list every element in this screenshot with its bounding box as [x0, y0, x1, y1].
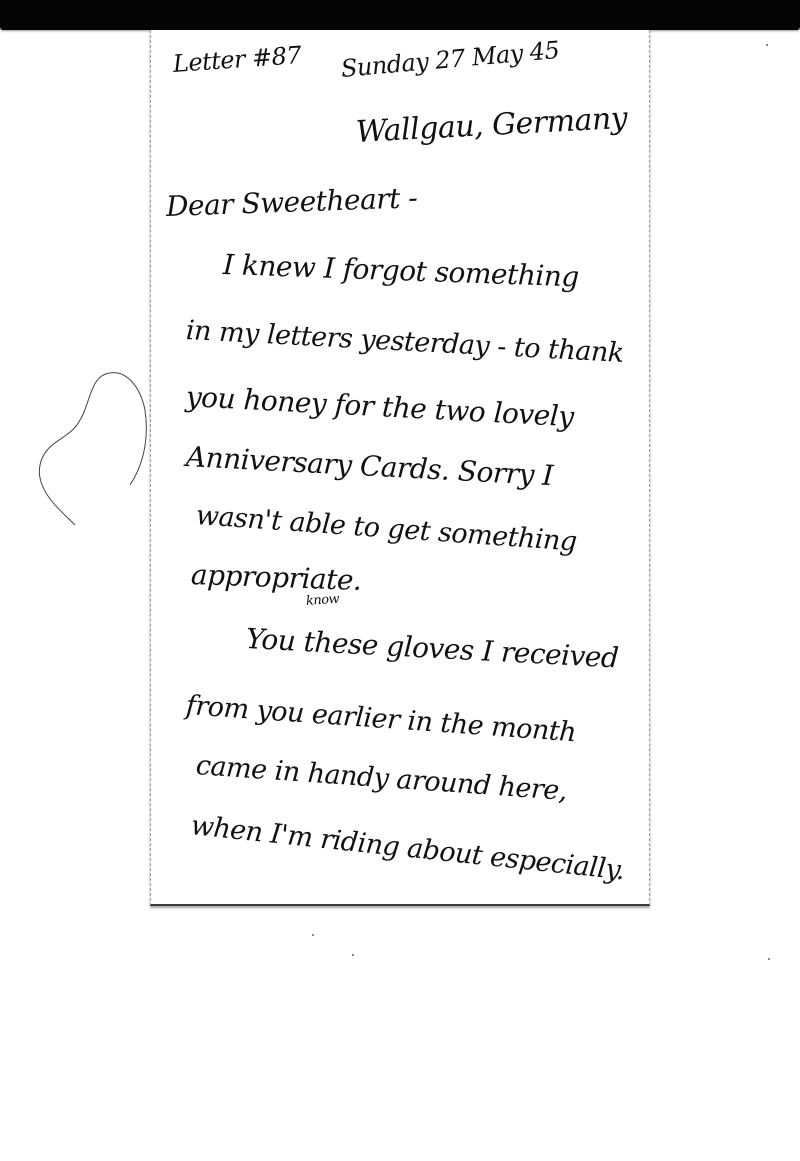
- body-line-10: when I'm riding about especially.: [189, 810, 626, 886]
- letter-date: Sunday 27 May 45: [340, 36, 561, 83]
- scan-speck: [312, 934, 314, 936]
- body-line-2: in my letters yesterday - to thank: [185, 315, 624, 369]
- body-line-3: you honey for the two lovely: [185, 380, 574, 433]
- letter-location: Wallgau, Germany: [355, 101, 628, 150]
- body-line-7: You these gloves I received: [245, 622, 619, 674]
- body-line-4: Anniversary Cards. Sorry I: [185, 440, 554, 492]
- insertion-word: know: [305, 592, 339, 609]
- scan-speck: [768, 958, 770, 960]
- letter-number: Letter #87: [172, 41, 302, 78]
- body-line-5: wasn't able to get something: [195, 500, 578, 558]
- letter-page: Letter #87 Sunday 27 May 45 Wallgau, Ger…: [150, 30, 650, 906]
- body-line-9: came in handy around here,: [195, 750, 568, 807]
- body-line-1: I knew I forgot something: [222, 248, 579, 293]
- binding-string: [30, 365, 160, 539]
- scan-speck: [766, 44, 768, 46]
- scan-speck: [352, 954, 354, 956]
- body-line-8: from you earlier in the month: [185, 690, 577, 748]
- salutation: Dear Sweetheart -: [165, 181, 417, 223]
- scanner-top-bar: [0, 0, 800, 30]
